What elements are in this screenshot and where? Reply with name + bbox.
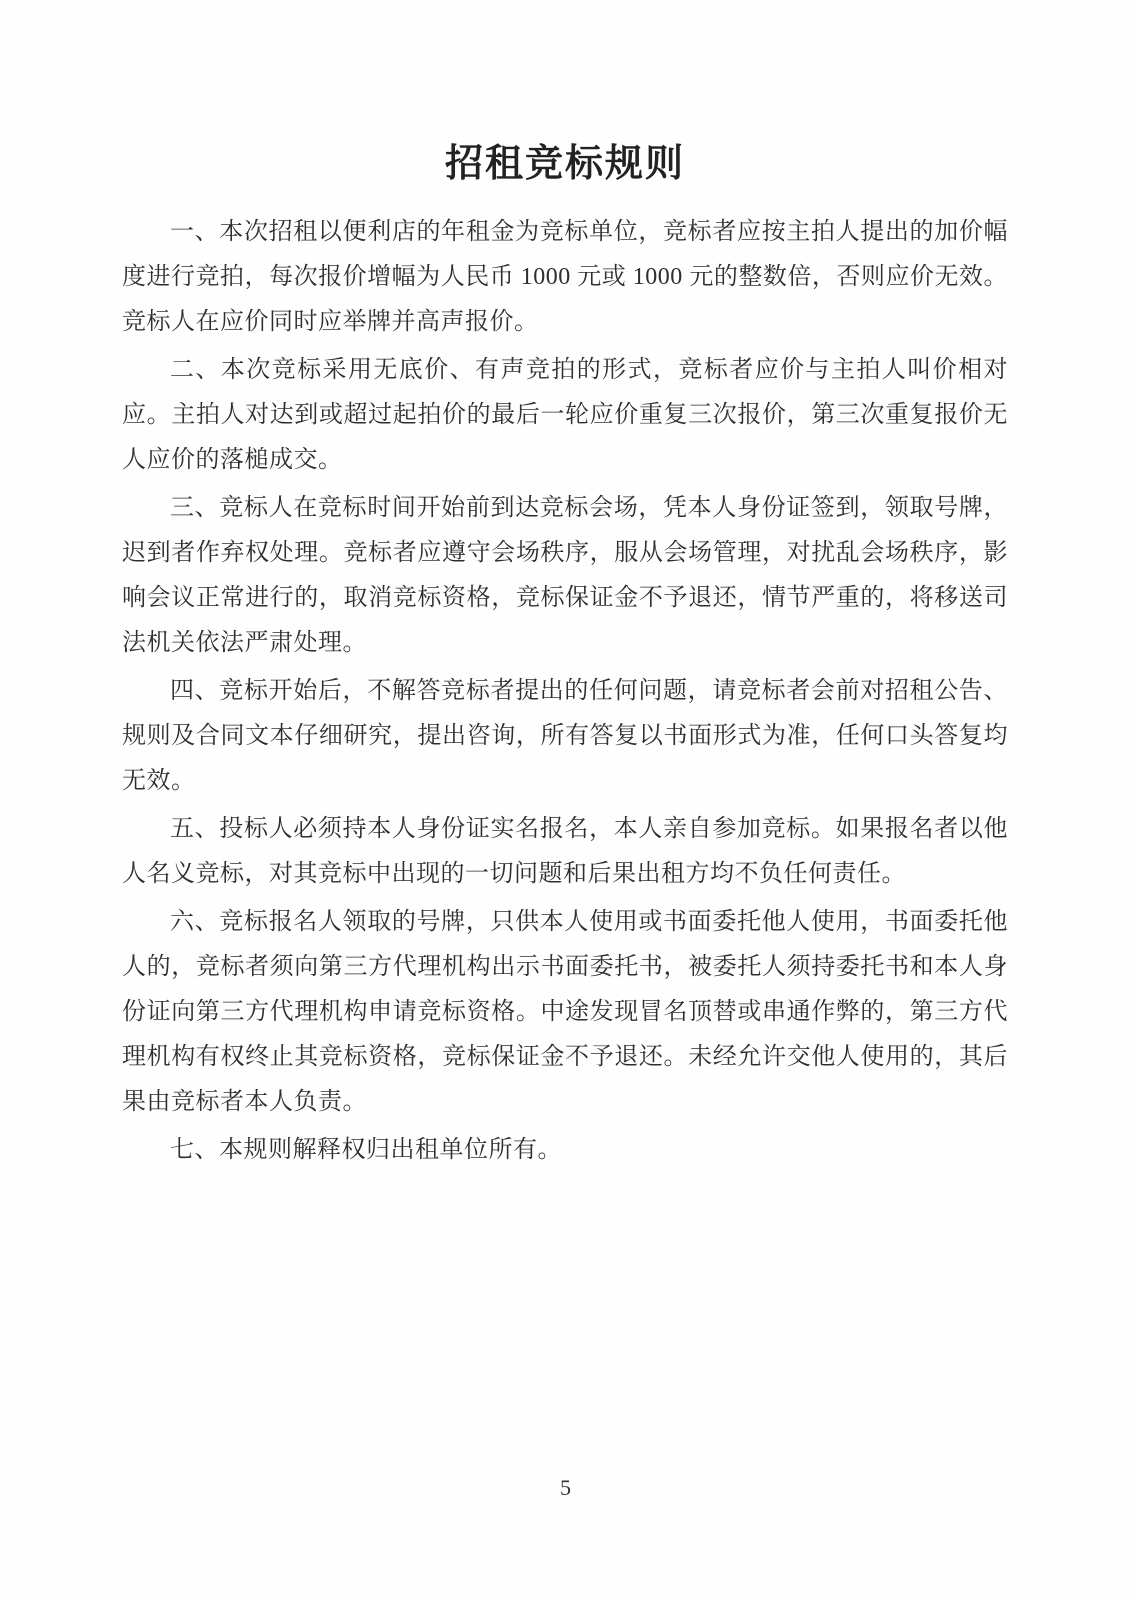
rule-paragraph: 六、竞标报名人领取的号牌，只供本人使用或书面委托他人使用，书面委托他人的，竞标者…	[122, 900, 1008, 1125]
document-body: 一、本次招租以便利店的年租金为竞标单位，竞标者应按主拍人提出的加价幅度进行竞拍，…	[122, 210, 1008, 1173]
rule-paragraph: 二、本次竞标采用无底价、有声竞拍的形式，竞标者应价与主拍人叫价相对应。主拍人对达…	[122, 348, 1008, 483]
rule-paragraph: 七、本规则解释权归出租单位所有。	[122, 1128, 1008, 1173]
page-title: 招租竞标规则	[122, 140, 1008, 188]
document-page: 招租竞标规则 一、本次招租以便利店的年租金为竞标单位，竞标者应按主拍人提出的加价…	[0, 0, 1131, 1600]
rule-paragraph: 五、投标人必须持本人身份证实名报名，本人亲自参加竞标。如果报名者以他人名义竞标，…	[122, 807, 1008, 897]
page-number: 5	[0, 1473, 1131, 1503]
document-content: 招租竞标规则 一、本次招租以便利店的年租金为竞标单位，竞标者应按主拍人提出的加价…	[122, 140, 1008, 1176]
rule-paragraph: 三、竞标人在竞标时间开始前到达竞标会场，凭本人身份证签到，领取号牌，迟到者作弃权…	[122, 486, 1008, 666]
rule-paragraph: 四、竞标开始后，不解答竞标者提出的任何问题，请竞标者会前对招租公告、规则及合同文…	[122, 669, 1008, 804]
rule-paragraph: 一、本次招租以便利店的年租金为竞标单位，竞标者应按主拍人提出的加价幅度进行竞拍，…	[122, 210, 1008, 345]
